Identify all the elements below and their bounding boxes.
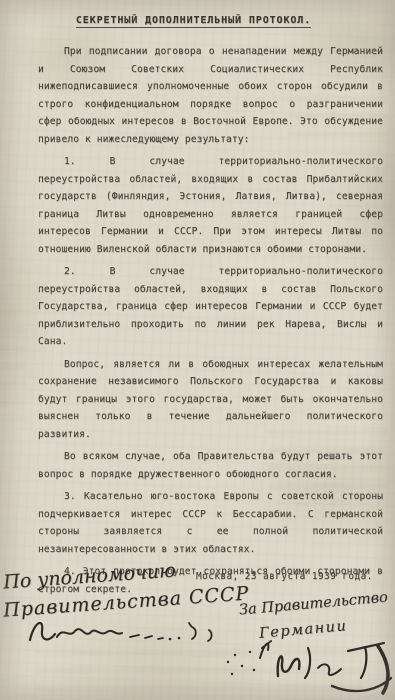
protocol-paragraph: 2. В случае территориально-политического… [38, 263, 383, 351]
ribbentrop-signature [220, 626, 392, 696]
protocol-paragraph: Вопрос, является ли в обоюдных интересах… [38, 356, 383, 444]
protocol-paragraph: При подписании договора о ненападении ме… [38, 43, 383, 148]
molotov-signature [24, 612, 234, 654]
document-title-text: СЕКРЕТНЫЙ ДОПОЛНИТЕЛЬНЫЙ ПРОТОКОЛ. [76, 15, 311, 28]
protocol-paragraph: 3. Касательно юго-востока Европы с совет… [38, 488, 383, 558]
protocol-body: При подписании договора о ненападении ме… [38, 43, 383, 603]
document-title: СЕКРЕТНЫЙ ДОПОЛНИТЕЛЬНЫЙ ПРОТОКОЛ. [0, 15, 387, 26]
protocol-scan: СЕКРЕТНЫЙ ДОПОЛНИТЕЛЬНЫЙ ПРОТОКОЛ. При п… [0, 0, 395, 700]
bleedthrough-texture [0, 300, 26, 430]
protocol-paragraph: Во всяком случае, оба Правительства буду… [38, 448, 383, 483]
protocol-paragraph: 1. В случае территориально-политического… [38, 153, 383, 258]
